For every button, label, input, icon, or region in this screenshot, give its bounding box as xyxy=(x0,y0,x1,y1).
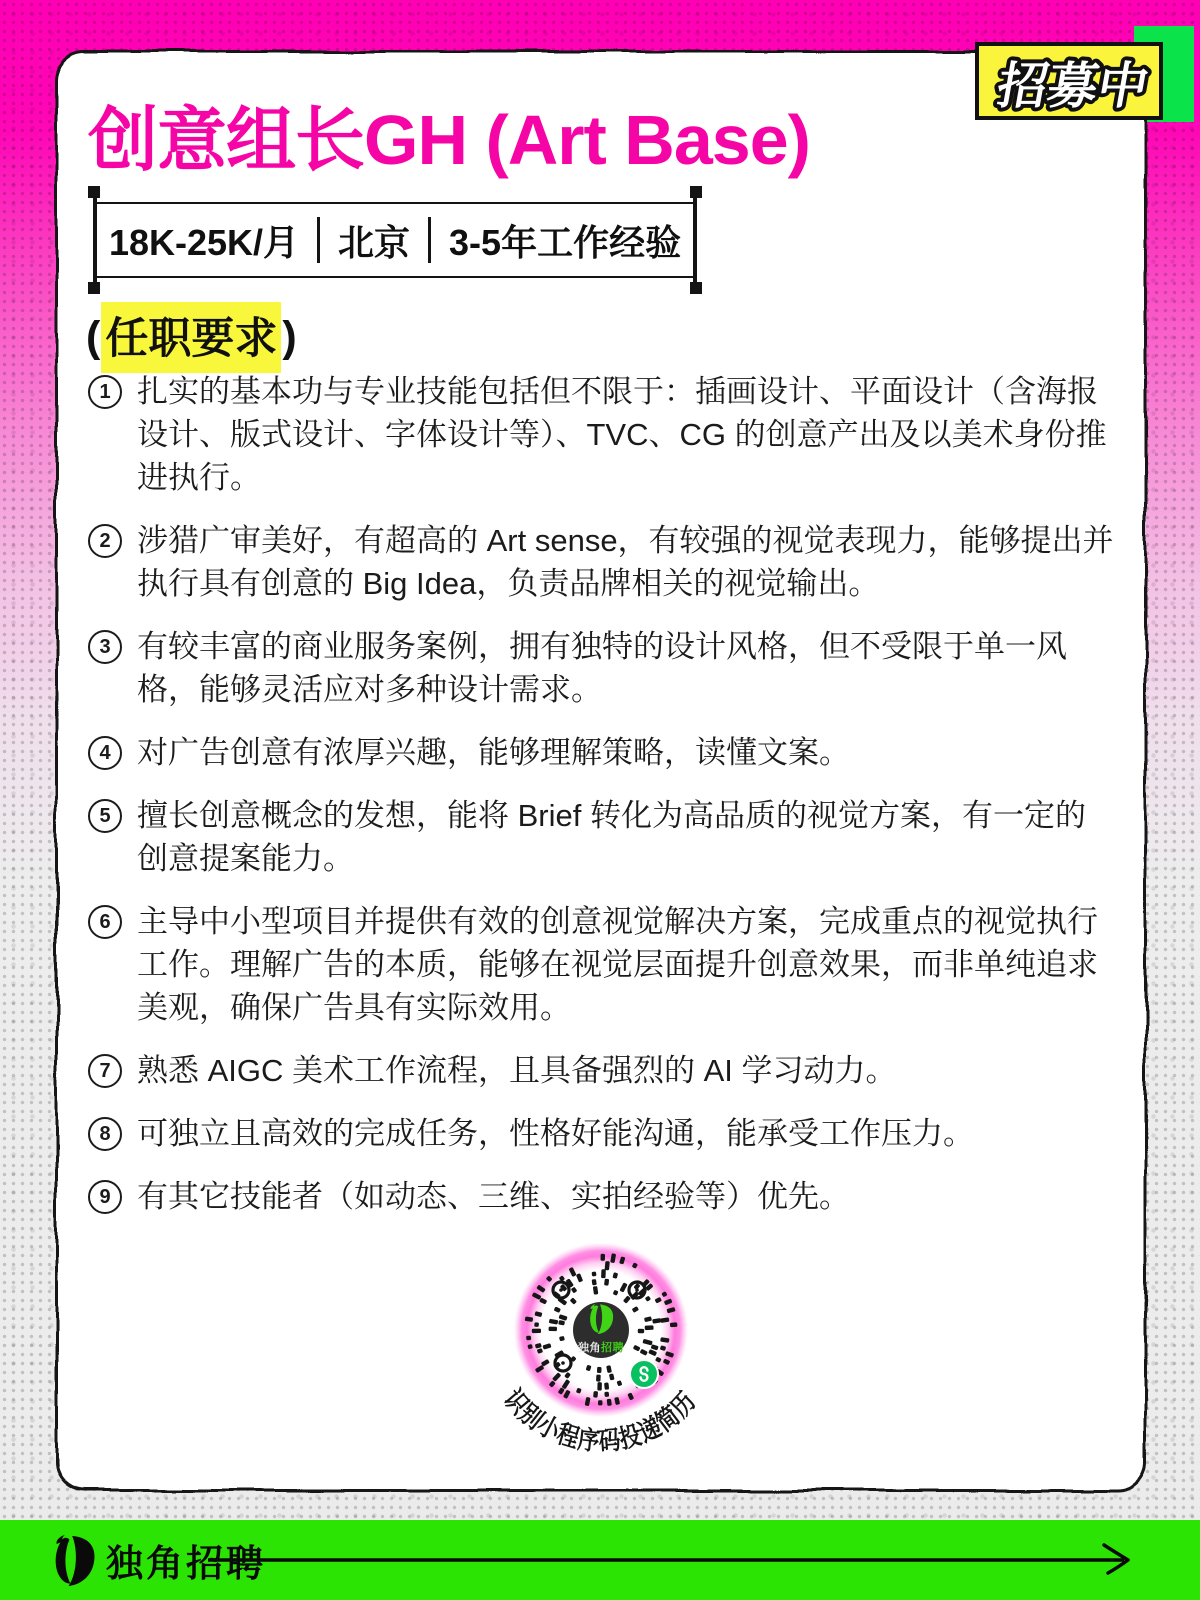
item-text: 涉猎广审美好，有超高的 Art sense，有较强的视觉表现力，能够提出并执行具… xyxy=(137,519,1116,605)
item-number: 2 xyxy=(88,524,122,558)
location-value: 北京 xyxy=(338,215,410,266)
requirement-item: 2涉猎广审美好，有超高的 Art sense，有较强的视觉表现力，能够提出并执行… xyxy=(88,519,1116,605)
salary-value: 18K-25K/月 xyxy=(109,215,299,266)
mini-program-qr-code: 独角招聘 识别小程序码投递简历 xyxy=(445,1235,757,1463)
paren-close: ) xyxy=(281,313,297,362)
divider xyxy=(317,217,320,263)
item-text: 有较丰富的商业服务案例，拥有独特的设计风格，但不受限于单一风格，能够灵活应对多种… xyxy=(137,625,1116,711)
item-text: 有其它技能者（如动态、三维、实拍经验等）优先。 xyxy=(137,1175,850,1218)
corner-handle xyxy=(88,186,100,198)
divider xyxy=(428,217,431,263)
item-number: 7 xyxy=(88,1054,122,1088)
qr-center-label: 独角招聘 xyxy=(577,1340,624,1354)
job-card: 创意组长GH (Art Base) 18K-25K/月 北京 3-5年工作经验 … xyxy=(55,50,1147,1492)
bracket-line xyxy=(93,192,97,288)
experience-value: 3-5年工作经验 xyxy=(449,215,681,266)
requirement-item: 4对广告创意有浓厚兴趣，能够理解策略，读懂文案。 xyxy=(88,731,1116,774)
job-meta-box: 18K-25K/月 北京 3-5年工作经验 xyxy=(93,202,697,278)
item-number: 6 xyxy=(88,905,122,939)
item-number: 4 xyxy=(88,736,122,770)
item-text: 熟悉 AIGC 美术工作流程，且具备强烈的 AI 学习动力。 xyxy=(137,1049,897,1092)
item-text: 主导中小型项目并提供有效的创意视觉解决方案，完成重点的视觉执行工作。理解广告的本… xyxy=(137,900,1116,1029)
item-number: 5 xyxy=(88,799,122,833)
unicorn-logo-icon xyxy=(52,1534,96,1587)
item-text: 可独立且高效的完成任务，性格好能沟通，能承受工作压力。 xyxy=(137,1112,974,1155)
item-text: 擅长创意概念的发想，能将 Brief 转化为高品质的视觉方案，有一定的创意提案能… xyxy=(137,794,1116,880)
corner-handle xyxy=(690,186,702,198)
requirement-item: 1扎实的基本功与专业技能包括但不限于：插画设计、平面设计（含海报设计、版式设计、… xyxy=(88,370,1116,499)
corner-handle xyxy=(690,282,702,294)
requirement-item: 9有其它技能者（如动态、三维、实拍经验等）优先。 xyxy=(88,1175,1116,1218)
recruiting-badge-label: 招募中 xyxy=(993,57,1153,114)
item-number: 9 xyxy=(88,1180,122,1214)
wechat-miniprogram-icon xyxy=(630,1360,658,1388)
paren-open: ( xyxy=(85,313,101,362)
item-text: 对广告创意有浓厚兴趣，能够理解策略，读懂文案。 xyxy=(137,731,850,774)
recruitment-poster: 创意组长GH (Art Base) 18K-25K/月 北京 3-5年工作经验 … xyxy=(0,0,1200,1600)
footer-bar: 独角招聘 xyxy=(0,1520,1200,1600)
item-text: 扎实的基本功与专业技能包括但不限于：插画设计、平面设计（含海报设计、版式设计、字… xyxy=(137,370,1116,499)
bracket-line xyxy=(693,192,697,288)
item-number: 3 xyxy=(88,630,122,664)
requirement-item: 8可独立且高效的完成任务，性格好能沟通，能承受工作压力。 xyxy=(88,1112,1116,1155)
arrow-icon xyxy=(208,1542,1138,1578)
requirement-item: 5擅长创意概念的发想，能将 Brief 转化为高品质的视觉方案，有一定的创意提案… xyxy=(88,794,1116,880)
item-number: 8 xyxy=(88,1117,122,1151)
requirement-item: 7熟悉 AIGC 美术工作流程，且具备强烈的 AI 学习动力。 xyxy=(88,1049,1116,1092)
requirement-item: 6主导中小型项目并提供有效的创意视觉解决方案，完成重点的视觉执行工作。理解广告的… xyxy=(88,900,1116,1029)
recruiting-badge: 招募中 xyxy=(975,42,1163,120)
corner-handle xyxy=(88,282,100,294)
job-title: 创意组长GH (Art Base) xyxy=(88,102,810,179)
requirement-item: 3有较丰富的商业服务案例，拥有独特的设计风格，但不受限于单一风格，能够灵活应对多… xyxy=(88,625,1116,711)
item-number: 1 xyxy=(88,375,122,409)
section-title: 任职要求 xyxy=(101,302,281,373)
section-heading: ( 任职要求 ) xyxy=(85,302,298,373)
requirements-list: 1扎实的基本功与专业技能包括但不限于：插画设计、平面设计（含海报设计、版式设计、… xyxy=(88,370,1116,1238)
